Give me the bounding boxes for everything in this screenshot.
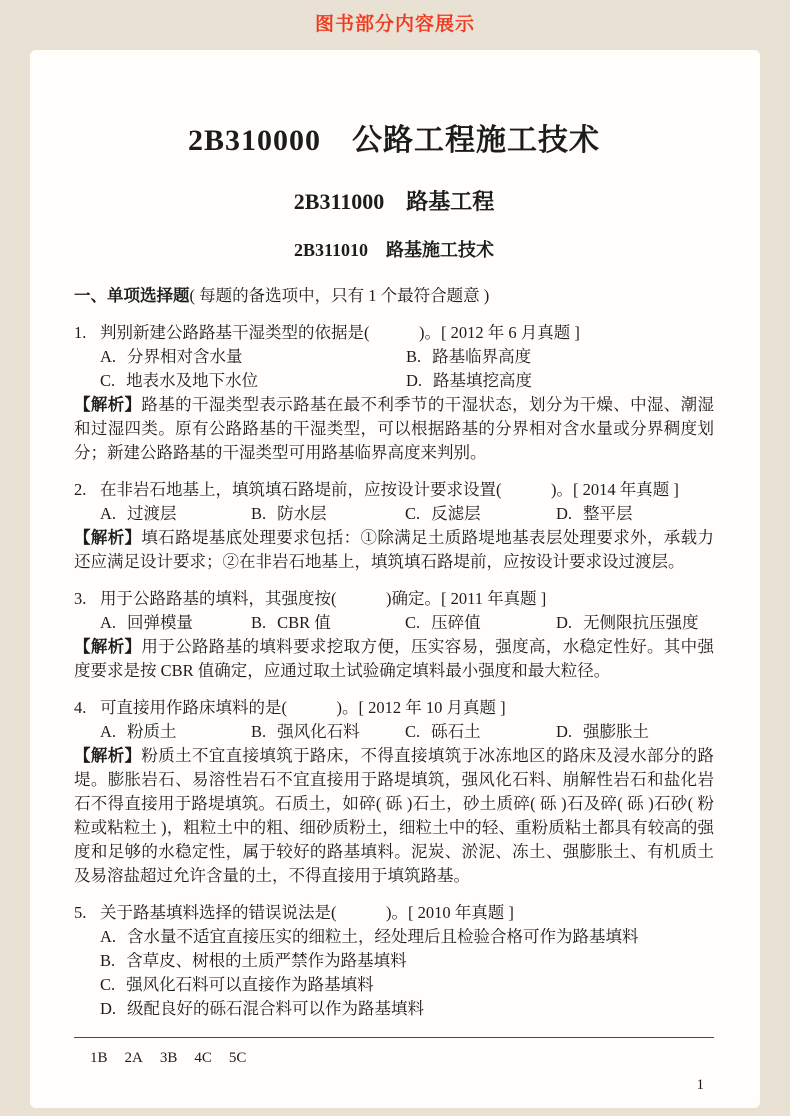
option-item: C.压碎值 (405, 611, 556, 635)
option-item: C.反滤层 (405, 502, 556, 526)
option-text: 级配良好的砾石混合料可以作为路基填料 (127, 999, 424, 1018)
question-block: 3.用于公路路基的填料，其强度按( )确定。[ 2011 年真题 ] A.回弹模… (74, 587, 714, 683)
option-text: 砾石土 (431, 722, 481, 741)
option-text: 整平层 (583, 504, 633, 523)
question-stem: 5.关于路基填料选择的错误说法是( )。[ 2010 年真题 ] (74, 901, 714, 925)
option-text: 粉质土 (127, 722, 177, 741)
question-number: 5. (74, 901, 100, 925)
option-label: D. (100, 999, 116, 1018)
question-type-note: ( 每题的备选项中，只有 1 个最符合题意 ) (190, 286, 490, 305)
option-group: A.分界相对含水量B.路基临界高度C.地表水及地下水位D.路基填挖高度 (100, 345, 714, 393)
answer-item: 3B (160, 1047, 178, 1069)
analysis-paragraph: 【解析】路基的干湿类型表示路基在最不利季节的干湿状态，划分为干燥、中湿、潮湿和过… (74, 393, 714, 465)
question-type-label: 一、单项选择题 (74, 287, 190, 305)
question-source: [ 2014 年真题 ] (573, 480, 679, 499)
option-group: A.回弹模量B.CBR 值C.压碎值D.无侧限抗压强度 (100, 611, 714, 635)
option-label: C. (100, 975, 115, 994)
question-source: [ 2012 年 10 月真题 ] (359, 698, 506, 717)
option-text: 含水量不适宜直接压实的细粒土，经处理后且检验合格可作为路基填料 (127, 927, 639, 946)
option-label: D. (556, 613, 572, 632)
banner-title: 图书部分内容展示 (0, 0, 790, 36)
analysis-text: 填石路堤基底处理要求包括：①除满足土质路堤地基表层处理要求外，承载力还应满足设计… (74, 528, 714, 571)
option-item: C.砾石土 (405, 720, 556, 744)
option-item: D.整平层 (556, 502, 714, 526)
option-group: A.粉质土B.强风化石料C.砾石土D.强膨胀土 (100, 720, 714, 744)
option-item: B.防水层 (251, 502, 405, 526)
option-label: C. (405, 722, 420, 741)
analysis-text: 路基的干湿类型表示路基在最不利季节的干湿状态，划分为干燥、中湿、潮湿和过湿四类。… (74, 395, 714, 462)
question-block: 1.判别新建公路路基干湿类型的依据是( )。[ 2012 年 6 月真题 ] A… (74, 321, 714, 465)
analysis-label: 【解析】 (74, 529, 141, 547)
option-item: D.级配良好的砾石混合料可以作为路基填料 (100, 997, 714, 1021)
question-text: 判别新建公路路基干湿类型的依据是( )。 (100, 323, 441, 342)
analysis-text: 用于公路路基的填料要求挖取方便，压实容易，强度高，水稳定性好。其中强度要求是按 … (74, 637, 714, 680)
question-text: 可直接用作路床填料的是( )。 (100, 698, 359, 717)
option-label: C. (100, 371, 115, 390)
option-item: B.路基临界高度 (406, 345, 714, 369)
option-text: 路基填挖高度 (433, 371, 532, 390)
analysis-paragraph: 【解析】用于公路路基的填料要求挖取方便，压实容易，强度高，水稳定性好。其中强度要… (74, 635, 714, 683)
option-text: CBR 值 (277, 613, 331, 632)
option-label: B. (251, 722, 266, 741)
section-title: 2B311000 路基工程 (74, 188, 714, 216)
question-stem: 1.判别新建公路路基干湿类型的依据是( )。[ 2012 年 6 月真题 ] (74, 321, 714, 345)
question-number: 1. (74, 321, 100, 345)
option-text: 防水层 (277, 504, 327, 523)
question-source: [ 2012 年 6 月真题 ] (441, 323, 580, 342)
option-label: D. (556, 504, 572, 523)
option-group: A.过渡层B.防水层C.反滤层D.整平层 (100, 502, 714, 526)
option-item: A.粉质土 (100, 720, 251, 744)
option-text: 强膨胀土 (583, 722, 649, 741)
answer-item: 2A (125, 1047, 143, 1069)
option-text: 无侧限抗压强度 (583, 613, 699, 632)
option-group: A.含水量不适宜直接压实的细粒土，经处理后且检验合格可作为路基填料B.含草皮、树… (100, 925, 714, 1021)
question-stem: 4.可直接用作路床填料的是( )。[ 2012 年 10 月真题 ] (74, 696, 714, 720)
option-label: B. (100, 951, 115, 970)
question-text: 用于公路路基的填料，其强度按( )确定。 (100, 589, 441, 608)
analysis-label: 【解析】 (74, 747, 141, 765)
option-text: 分界相对含水量 (127, 347, 243, 366)
option-label: A. (100, 927, 116, 946)
option-label: D. (556, 722, 572, 741)
question-number: 2. (74, 478, 100, 502)
question-source: [ 2011 年真题 ] (441, 589, 546, 608)
option-label: D. (406, 371, 422, 390)
option-label: C. (405, 504, 420, 523)
question-stem: 2.在非岩石地基上，填筑填石路堤前，应按设计要求设置( )。[ 2014 年真题… (74, 478, 714, 502)
option-item: D.路基填挖高度 (406, 369, 714, 393)
option-item: A.回弹模量 (100, 611, 251, 635)
option-item: D.强膨胀土 (556, 720, 714, 744)
answer-key: 1B2A3B4C5C (74, 1047, 714, 1069)
option-label: B. (406, 347, 421, 366)
option-label: B. (251, 613, 266, 632)
chapter-title: 2B310000 公路工程施工技术 (74, 122, 714, 160)
option-text: 含草皮、树根的土质严禁作为路基填料 (126, 951, 407, 970)
question-block: 5.关于路基填料选择的错误说法是( )。[ 2010 年真题 ] A.含水量不适… (74, 901, 714, 1021)
question-type-heading: 一、单项选择题( 每题的备选项中，只有 1 个最符合题意 ) (74, 284, 714, 308)
analysis-paragraph: 【解析】填石路堤基底处理要求包括：①除满足土质路堤地基表层处理要求外，承载力还应… (74, 526, 714, 574)
option-label: A. (100, 347, 116, 366)
option-item: A.含水量不适宜直接压实的细粒土，经处理后且检验合格可作为路基填料 (100, 925, 714, 949)
analysis-paragraph: 【解析】粉质土不宜直接填筑于路床，不得直接填筑于冰冻地区的路床及浸水部分的路堤。… (74, 744, 714, 888)
subsection-title: 2B311010 路基施工技术 (74, 238, 714, 262)
analysis-label: 【解析】 (74, 396, 141, 414)
option-text: 过渡层 (127, 504, 177, 523)
analysis-label: 【解析】 (74, 638, 141, 656)
question-number: 4. (74, 696, 100, 720)
option-text: 路基临界高度 (432, 347, 531, 366)
option-item: B.CBR 值 (251, 611, 405, 635)
option-text: 地表水及地下水位 (126, 371, 258, 390)
question-text: 关于路基填料选择的错误说法是( )。 (100, 903, 408, 922)
footer-divider (74, 1037, 714, 1038)
question-number: 3. (74, 587, 100, 611)
option-text: 强风化石料 (277, 722, 360, 741)
answer-item: 5C (229, 1047, 247, 1069)
book-page: 2B310000 公路工程施工技术 2B311000 路基工程 2B311010… (30, 50, 760, 1108)
question-list: 1.判别新建公路路基干湿类型的依据是( )。[ 2012 年 6 月真题 ] A… (74, 321, 714, 1021)
option-label: A. (100, 722, 116, 741)
analysis-text: 粉质土不宜直接填筑于路床，不得直接填筑于冰冻地区的路床及浸水部分的路堤。膨胀岩石… (74, 746, 714, 885)
question-stem: 3.用于公路路基的填料，其强度按( )确定。[ 2011 年真题 ] (74, 587, 714, 611)
option-item: A.分界相对含水量 (100, 345, 406, 369)
answer-item: 1B (90, 1047, 108, 1069)
question-source: [ 2010 年真题 ] (408, 903, 514, 922)
question-block: 2.在非岩石地基上，填筑填石路堤前，应按设计要求设置( )。[ 2014 年真题… (74, 478, 714, 574)
option-item: C.强风化石料可以直接作为路基填料 (100, 973, 714, 997)
option-text: 强风化石料可以直接作为路基填料 (126, 975, 374, 994)
question-block: 4.可直接用作路床填料的是( )。[ 2012 年 10 月真题 ] A.粉质土… (74, 696, 714, 888)
option-label: B. (251, 504, 266, 523)
option-item: B.强风化石料 (251, 720, 405, 744)
page-number: 1 (74, 1077, 714, 1094)
option-text: 压碎值 (431, 613, 481, 632)
option-item: B.含草皮、树根的土质严禁作为路基填料 (100, 949, 714, 973)
question-text: 在非岩石地基上，填筑填石路堤前，应按设计要求设置( )。 (100, 480, 573, 499)
option-label: A. (100, 613, 116, 632)
option-item: D.无侧限抗压强度 (556, 611, 714, 635)
option-label: C. (405, 613, 420, 632)
option-text: 回弹模量 (127, 613, 193, 632)
answer-item: 4C (194, 1047, 212, 1069)
option-item: C.地表水及地下水位 (100, 369, 406, 393)
option-text: 反滤层 (431, 504, 481, 523)
option-item: A.过渡层 (100, 502, 251, 526)
option-label: A. (100, 504, 116, 523)
